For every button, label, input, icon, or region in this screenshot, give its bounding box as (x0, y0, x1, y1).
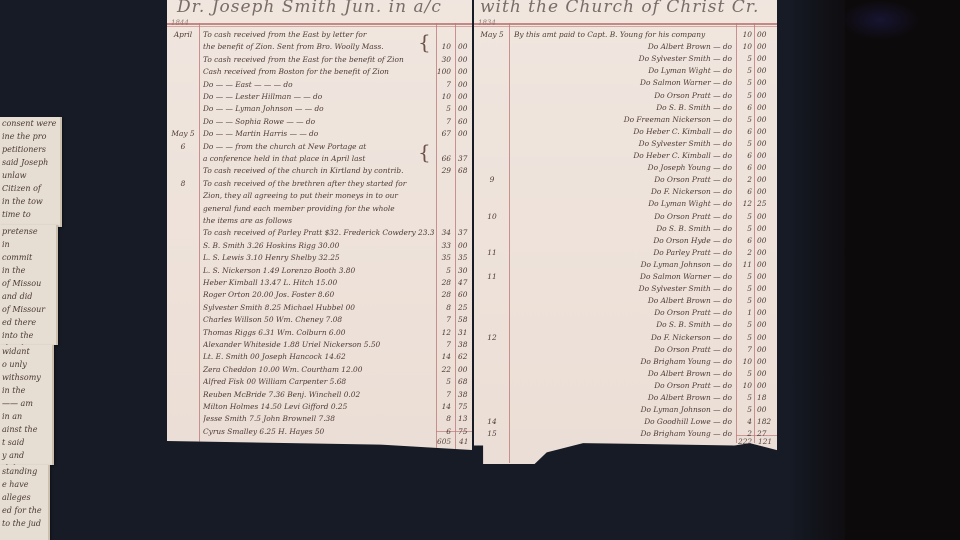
entry-description: Do Lyman Johnson — do (514, 260, 732, 269)
entry-cents: 00 (757, 30, 775, 39)
entry-cents: 00 (757, 308, 775, 317)
ledger-row: Do Salmon Warner — do500 (474, 78, 777, 90)
entry-dollars: 5 (720, 333, 752, 342)
entry-dollars: 6 (720, 151, 752, 160)
ledger-row: Do Brigham Young — do1000 (474, 357, 777, 369)
ledger-row: L. S. Nickerson 1.49 Lorenzo Booth 3.805… (167, 266, 472, 278)
letter-handwriting-line: in the tow (0, 195, 60, 208)
entry-dollars: 5 (720, 320, 752, 329)
ledger-row: Do Albert Brown — do500 (474, 296, 777, 308)
entry-cents: 13 (458, 414, 472, 423)
letter-handwriting-line: in an (0, 410, 52, 423)
entry-cents: 60 (458, 117, 472, 126)
entry-dollars: 1 (720, 308, 752, 317)
entry-description: Do Albert Brown — do (514, 369, 732, 378)
entry-dollars: 5 (720, 272, 752, 281)
entry-cents: 00 (757, 42, 775, 51)
entry-dollars: 7 (419, 117, 451, 126)
entry-description: Do Heber C. Kimball — do (514, 151, 732, 160)
ledger-row: Alfred Fisk 00 William Carpenter 5.68568 (167, 377, 472, 389)
entry-dollars: 28 (419, 290, 451, 299)
entry-date: 14 (476, 417, 508, 426)
ledger-row: Do Heber C. Kimball — do600 (474, 151, 777, 163)
entry-dollars: 6 (419, 427, 451, 436)
entry-dollars: 6 (720, 127, 752, 136)
letter-handwriting-line: to the jud (0, 517, 48, 530)
folded-letter: widanto unlywithsomyin the—— amin anains… (0, 345, 54, 465)
left-page-heading: Dr. Joseph Smith Jun. in a/c (167, 0, 472, 22)
entry-cents: 00 (757, 345, 775, 354)
ledger-row: Do — — Sophia Rowe — — do760 (167, 117, 472, 129)
left-heading-text: Dr. Joseph Smith Jun. in a/c (177, 0, 442, 17)
entry-dollars: 5 (720, 54, 752, 63)
ledger-row: Do Orson Pratt — do700 (474, 345, 777, 357)
entry-cents: 00 (458, 241, 472, 250)
entry-description: Reuben McBride 7.36 Benj. Winchell 0.02 (203, 390, 435, 399)
entry-cents: 00 (757, 296, 775, 305)
ledger-row: Cash received from Boston for the benefi… (167, 67, 472, 79)
entry-description: Cyrus Smalley 6.25 H. Hayes 50 (203, 427, 435, 436)
entry-description: Jesse Smith 7.5 John Brownell 7.38 (203, 414, 435, 423)
entry-dollars: 5 (419, 377, 451, 386)
ledger-row: Do Lyman Wight — do500 (474, 66, 777, 78)
entry-dollars: 5 (720, 78, 752, 87)
ledger-row: Do Freeman Nickerson — do500 (474, 115, 777, 127)
blue-light-glow (840, 0, 920, 40)
left-header-rule (167, 23, 472, 25)
ledger-row: May 5By this amt paid to Capt. B. Young … (474, 30, 777, 42)
entry-description: Do S. B. Smith — do (514, 103, 732, 112)
ledger-row: Do Heber C. Kimball — do600 (474, 127, 777, 139)
left-header-rule-2 (167, 26, 472, 27)
ledger-row: 12Do F. Nickerson — do500 (474, 333, 777, 345)
entry-cents: 75 (458, 402, 472, 411)
entry-dollars: 6 (720, 103, 752, 112)
entry-cents: 00 (757, 369, 775, 378)
entry-description: By this amt paid to Capt. B. Young for h… (514, 30, 732, 39)
entry-description: Do F. Nickerson — do (514, 333, 732, 342)
entry-description: the benefit of Zion. Sent from Bro. Wool… (203, 42, 435, 51)
entry-cents: 00 (757, 248, 775, 257)
entry-description: Do Parley Pratt — do (514, 248, 732, 257)
entry-description: Do — — from the church at New Portage at (203, 142, 435, 151)
entry-description: the items are as follows (203, 216, 435, 225)
entry-cents: 00 (757, 224, 775, 233)
ledger-row: Do Sylvester Smith — do500 (474, 284, 777, 296)
entry-description: Do — — Lester Hillman — — do (203, 92, 435, 101)
letter-handwriting-line: time to (0, 208, 60, 221)
entry-date: 8 (169, 179, 197, 188)
ledger-row: 14Do Goodhill Lowe — do4182 (474, 417, 777, 429)
ledger-row: Do Lyman Johnson — do1100 (474, 260, 777, 272)
entry-description: Do Orson Pratt — do (514, 91, 732, 100)
ledger-row: Do — — Lester Hillman — — do1000 (167, 92, 472, 104)
left-brace-1: { (418, 30, 431, 54)
ledger-row: L. S. Lewis 3.10 Henry Shelby 32.253535 (167, 253, 472, 265)
entry-cents: 00 (458, 129, 472, 138)
entry-description: To cash received of the brethren after t… (203, 179, 435, 188)
entry-cents: 00 (757, 212, 775, 221)
ledger-row: Do F. Nickerson — do600 (474, 187, 777, 199)
entry-cents: 30 (458, 266, 472, 275)
entry-description: To cash received from the East by letter… (203, 30, 435, 39)
letter-handwriting-line: in (0, 238, 56, 251)
ledger-row: Do S. B. Smith — do500 (474, 224, 777, 236)
entry-cents: 00 (458, 67, 472, 76)
ledger-row: Roger Orton 20.00 Jos. Foster 8.602860 (167, 290, 472, 302)
entry-cents: 00 (757, 115, 775, 124)
ledger-row: Do Joseph Young — do600 (474, 163, 777, 175)
entry-dollars: 22 (419, 365, 451, 374)
letter-handwriting-line: widant (0, 345, 52, 358)
entry-date: 10 (476, 212, 508, 221)
entry-dollars: 4 (720, 417, 752, 426)
entry-dollars: 5 (720, 66, 752, 75)
entry-description: Milton Holmes 14.50 Levi Gifford 0.25 (203, 402, 435, 411)
entry-date: May 5 (169, 129, 197, 138)
ledger-row: Do Albert Brown — do518 (474, 393, 777, 405)
entry-cents: 182 (757, 417, 775, 426)
letter-handwriting-line: and did (0, 290, 56, 303)
entry-dollars: 14 (419, 352, 451, 361)
entry-cents: 00 (458, 365, 472, 374)
entry-description: Do Albert Brown — do (514, 393, 732, 402)
entry-cents: 00 (757, 272, 775, 281)
entry-description: Do Brigham Young — do (514, 357, 732, 366)
entry-description: Do Salmon Warner — do (514, 78, 732, 87)
entry-description: Cash received from Boston for the benefi… (203, 67, 435, 76)
entry-dollars: 7 (419, 340, 451, 349)
ledger-row: general fund each member providing for t… (167, 204, 472, 216)
entry-cents: 00 (757, 91, 775, 100)
left-brace-2: { (418, 140, 431, 164)
entry-description: Heber Kimball 13.47 L. Hitch 15.00 (203, 278, 435, 287)
entry-description: Do Albert Brown — do (514, 42, 732, 51)
entry-cents: 62 (458, 352, 472, 361)
entry-cents: 00 (458, 55, 472, 64)
entry-description: Do Lyman Wight — do (514, 66, 732, 75)
entry-cents: 00 (458, 92, 472, 101)
ledger-row: Do Albert Brown — do500 (474, 369, 777, 381)
ledger-row: 11Do Salmon Warner — do500 (474, 272, 777, 284)
letter-handwriting-line: of Missour (0, 303, 56, 316)
left-total-cents: 41 (459, 437, 468, 446)
entry-cents: 00 (757, 260, 775, 269)
entry-description: Do Orson Pratt — do (514, 212, 732, 221)
entry-dollars: 30 (419, 55, 451, 64)
letter-handwriting-line: o unly (0, 358, 52, 371)
entry-description: Lt. E. Smith 00 Joseph Hancock 14.62 (203, 352, 435, 361)
entry-description: Do Salmon Warner — do (514, 272, 732, 281)
entry-cents: 47 (458, 278, 472, 287)
ledger-row: Do Sylvester Smith — do500 (474, 54, 777, 66)
letter-handwriting-line: into the (0, 329, 56, 342)
entry-cents: 18 (757, 393, 775, 402)
entry-dollars: 28 (419, 278, 451, 287)
entry-date: 11 (476, 248, 508, 257)
entry-dollars: 5 (720, 139, 752, 148)
ledger-row: Alexander Whiteside 1.88 Uriel Nickerson… (167, 340, 472, 352)
ledger-row: Thomas Riggs 6.31 Wm. Colburn 6.001231 (167, 328, 472, 340)
entry-date: April (169, 30, 197, 39)
entry-dollars: 5 (720, 284, 752, 293)
entry-dollars: 33 (419, 241, 451, 250)
ledger-row: Do Albert Brown — do1000 (474, 42, 777, 54)
entry-description: Do Freeman Nickerson — do (514, 115, 732, 124)
entry-description: Do Joseph Young — do (514, 163, 732, 172)
entry-dollars: 5 (720, 296, 752, 305)
right-page-heading: with the Church of Christ Cr. (474, 0, 777, 22)
entry-description: Roger Orton 20.00 Jos. Foster 8.60 (203, 290, 435, 299)
entry-dollars: 10 (720, 30, 752, 39)
ledger-row: 11Do Parley Pratt — do200 (474, 248, 777, 260)
ledger-row: Do S. B. Smith — do600 (474, 103, 777, 115)
entry-cents: 00 (757, 103, 775, 112)
entry-cents: 37 (458, 228, 472, 237)
entry-dollars: 10 (720, 42, 752, 51)
entry-description: general fund each member providing for t… (203, 204, 435, 213)
entry-dollars: 29 (419, 166, 451, 175)
ledger-row: Do Orson Pratt — do100 (474, 308, 777, 320)
letter-handwriting-line: pretense (0, 225, 56, 238)
entry-description: Do Albert Brown — do (514, 296, 732, 305)
entry-dollars: 5 (720, 115, 752, 124)
entry-cents: 25 (757, 199, 775, 208)
entry-cents: 00 (458, 104, 472, 113)
entry-dollars: 12 (419, 328, 451, 337)
entry-cents: 25 (458, 303, 472, 312)
entry-dollars: 12 (720, 199, 752, 208)
entry-dollars: 7 (419, 390, 451, 399)
ledger-row: the items are as follows (167, 216, 472, 228)
entry-description: Do Orson Pratt — do (514, 308, 732, 317)
ledger-row: Do Lyman Johnson — do500 (474, 405, 777, 417)
entry-cents: 00 (757, 66, 775, 75)
entry-description: Do Heber C. Kimball — do (514, 127, 732, 136)
entry-description: Do Sylvester Smith — do (514, 139, 732, 148)
entry-dollars: 7 (419, 315, 451, 324)
entry-cents: 00 (757, 163, 775, 172)
letter-handwriting-line: petitioners (0, 143, 60, 156)
ledger-row: Do Orson Pratt — do500 (474, 91, 777, 103)
entry-date: 11 (476, 272, 508, 281)
entry-description: Do Orson Pratt — do (514, 175, 732, 184)
entry-description: S. B. Smith 3.26 Hoskins Rigg 30.00 (203, 241, 435, 250)
letter-handwriting-line: —— am (0, 397, 52, 410)
ledger-row: To cash received of the church in Kirtla… (167, 166, 472, 178)
ledger-row: 9Do Orson Pratt — do200 (474, 175, 777, 187)
ledger-row: Lt. E. Smith 00 Joseph Hancock 14.621462 (167, 352, 472, 364)
ledger-row: To cash received of Parley Pratt $32. Fr… (167, 228, 472, 240)
ledger-row: Jesse Smith 7.5 John Brownell 7.38813 (167, 414, 472, 426)
entry-cents: 00 (458, 80, 472, 89)
entry-dollars: 100 (419, 67, 451, 76)
entry-cents: 00 (757, 54, 775, 63)
entry-cents: 00 (757, 187, 775, 196)
entry-date: 15 (476, 429, 508, 438)
entry-cents: 58 (458, 315, 472, 324)
entry-description: Do S. B. Smith — do (514, 224, 732, 233)
entry-description: Do Lyman Wight — do (514, 199, 732, 208)
entry-cents: 38 (458, 340, 472, 349)
entry-dollars: 67 (419, 129, 451, 138)
ledger-left-page: Dr. Joseph Smith Jun. in a/c 1844 AprilT… (167, 0, 472, 450)
entry-description: Sylvester Smith 8.25 Michael Hubbel 00 (203, 303, 435, 312)
entry-dollars: 8 (419, 414, 451, 423)
ledger-row: 10Do Orson Pratt — do500 (474, 212, 777, 224)
letter-handwriting-line: ine the pro (0, 130, 60, 143)
entry-cents: 00 (757, 357, 775, 366)
left-total-dollars: 605 (437, 437, 451, 446)
entry-dollars: 14 (419, 402, 451, 411)
entry-dollars: 2 (720, 248, 752, 257)
entry-dollars: 5 (419, 104, 451, 113)
entry-cents: 35 (458, 253, 472, 262)
entry-dollars: 34 (419, 228, 451, 237)
entry-description: Do S. B. Smith — do (514, 320, 732, 329)
entry-description: Do — — Martin Harris — — do (203, 129, 435, 138)
entry-dollars: 2 (720, 175, 752, 184)
letter-handwriting-line: ainst the (0, 423, 52, 436)
letter-handwriting-line: ed for the (0, 504, 48, 517)
entry-description: a conference held in that place in April… (203, 154, 435, 163)
entry-cents: 00 (757, 284, 775, 293)
entry-description: Do F. Nickerson — do (514, 187, 732, 196)
entry-dollars: 6 (720, 187, 752, 196)
ledger-row: Heber Kimball 13.47 L. Hitch 15.002847 (167, 278, 472, 290)
letter-handwriting-line: e have (0, 478, 48, 491)
entry-description: Do Orson Hyde — do (514, 236, 732, 245)
ledger-row: Do Orson Pratt — do1000 (474, 381, 777, 393)
entry-description: L. S. Nickerson 1.49 Lorenzo Booth 3.80 (203, 266, 435, 275)
entry-description: Do Sylvester Smith — do (514, 284, 732, 293)
letter-handwriting-line: commit (0, 251, 56, 264)
entry-description: Charles Willson 50 Wm. Cheney 7.08 (203, 315, 435, 324)
letter-handwriting-line: alleges (0, 491, 48, 504)
letter-handwriting-line: Citizen of (0, 182, 60, 195)
entry-date: May 5 (476, 30, 508, 39)
entry-description: Do Lyman Johnson — do (514, 405, 732, 414)
entry-description: Zera Cheddon 10.00 Wm. Courtham 12.00 (203, 365, 435, 374)
entry-dollars: 8 (419, 303, 451, 312)
letter-handwriting-line: in the (0, 264, 56, 277)
entry-description: Do Orson Pratt — do (514, 381, 732, 390)
letter-handwriting-line: consent were (0, 117, 60, 130)
ledger-row: Do Orson Hyde — do600 (474, 236, 777, 248)
letter-handwriting-line: withsomy (0, 371, 52, 384)
folded-letter: consent wereine the propetitionerssaid J… (0, 117, 62, 227)
entry-description: Zion, they all agreeing to put their mon… (203, 191, 435, 200)
entry-dollars: 5 (720, 224, 752, 233)
entry-description: Thomas Riggs 6.31 Wm. Colburn 6.00 (203, 328, 435, 337)
entry-cents: 68 (458, 166, 472, 175)
entry-dollars: 6 (720, 163, 752, 172)
entry-cents: 00 (458, 42, 472, 51)
entry-date: 12 (476, 333, 508, 342)
ledger-row: Do — — Lyman Johnson — — do500 (167, 104, 472, 116)
entry-cents: 31 (458, 328, 472, 337)
entry-cents: 00 (757, 381, 775, 390)
entry-description: Alfred Fisk 00 William Carpenter 5.68 (203, 377, 435, 386)
entry-dollars: 5 (720, 369, 752, 378)
ledger-row: Zera Cheddon 10.00 Wm. Courtham 12.00220… (167, 365, 472, 377)
ledger-row: Milton Holmes 14.50 Levi Gifford 0.25147… (167, 402, 472, 414)
entry-cents: 00 (757, 78, 775, 87)
ledger-row: Cyrus Smalley 6.25 H. Hayes 50675 (167, 427, 472, 439)
entry-cents: 00 (757, 139, 775, 148)
entry-cents: 00 (757, 151, 775, 160)
entry-dollars: 5 (720, 393, 752, 402)
entry-description: Do — — East — — — do (203, 80, 435, 89)
entry-dollars: 6 (720, 236, 752, 245)
ledger-row: Sylvester Smith 8.25 Michael Hubbel 0082… (167, 303, 472, 315)
dark-shadow-background (845, 0, 960, 540)
folded-letter: standinge haveallegesed for theto the ju… (0, 465, 50, 540)
entry-dollars: 10 (419, 92, 451, 101)
letter-handwriting-line: said Joseph (0, 156, 60, 169)
entry-description: Do Orson Pratt — do (514, 345, 732, 354)
entry-description: Do Brigham Young — do (514, 429, 732, 438)
entry-dollars: 5 (419, 266, 451, 275)
ledger-right-page: with the Church of Christ Cr. 1834 May 5… (474, 0, 777, 464)
ledger-row: Do — — East — — — do700 (167, 80, 472, 92)
entry-cents: 00 (757, 236, 775, 245)
entry-cents: 00 (757, 320, 775, 329)
entry-dollars: 5 (720, 91, 752, 100)
entry-cents: 38 (458, 390, 472, 399)
entry-cents: 75 (458, 427, 472, 436)
entry-description: Alexander Whiteside 1.88 Uriel Nickerson… (203, 340, 435, 349)
entry-description: To cash received of Parley Pratt $32. Fr… (203, 228, 435, 237)
entry-cents: 68 (458, 377, 472, 386)
letter-handwriting-line: t said (0, 436, 52, 449)
entry-date: 9 (476, 175, 508, 184)
entry-date: 6 (169, 142, 197, 151)
entry-dollars: 10 (720, 381, 752, 390)
dark-fabric-background-edge (790, 0, 845, 540)
ledger-row: Zion, they all agreeing to put their mon… (167, 191, 472, 203)
letter-handwriting-line: of Missou (0, 277, 56, 290)
entry-description: L. S. Lewis 3.10 Henry Shelby 32.25 (203, 253, 435, 262)
entry-description: To cash received of the church in Kirtla… (203, 166, 435, 175)
right-heading-text: with the Church of Christ Cr. (480, 0, 759, 17)
entry-description: Do — — Lyman Johnson — — do (203, 104, 435, 113)
entry-cents: 00 (757, 333, 775, 342)
ledger-row: Do Sylvester Smith — do500 (474, 139, 777, 151)
ledger-row: 15Do Brigham Young — do227 (474, 429, 777, 441)
letter-handwriting-line: ed there (0, 316, 56, 329)
entry-dollars: 5 (720, 405, 752, 414)
entry-dollars: 5 (720, 212, 752, 221)
letter-handwriting-line: unlaw (0, 169, 60, 182)
entry-cents: 00 (757, 175, 775, 184)
ledger-row: To cash received from the East for the b… (167, 55, 472, 67)
entry-description: Do Sylvester Smith — do (514, 54, 732, 63)
ledger-row: Do S. B. Smith — do500 (474, 320, 777, 332)
entry-cents: 37 (458, 154, 472, 163)
right-total-cents: 121 (758, 437, 772, 446)
entry-cents: 00 (757, 405, 775, 414)
entry-dollars: 7 (720, 345, 752, 354)
entry-dollars: 10 (720, 357, 752, 366)
ledger-row: Reuben McBride 7.36 Benj. Winchell 0.027… (167, 390, 472, 402)
entry-description: To cash received from the East for the b… (203, 55, 435, 64)
ledger-row: Charles Willson 50 Wm. Cheney 7.08758 (167, 315, 472, 327)
letter-handwriting-line: y and (0, 449, 52, 462)
entry-dollars: 7 (419, 80, 451, 89)
letter-handwriting-line: standing (0, 465, 48, 478)
entry-description: Do Goodhill Lowe — do (514, 417, 732, 426)
